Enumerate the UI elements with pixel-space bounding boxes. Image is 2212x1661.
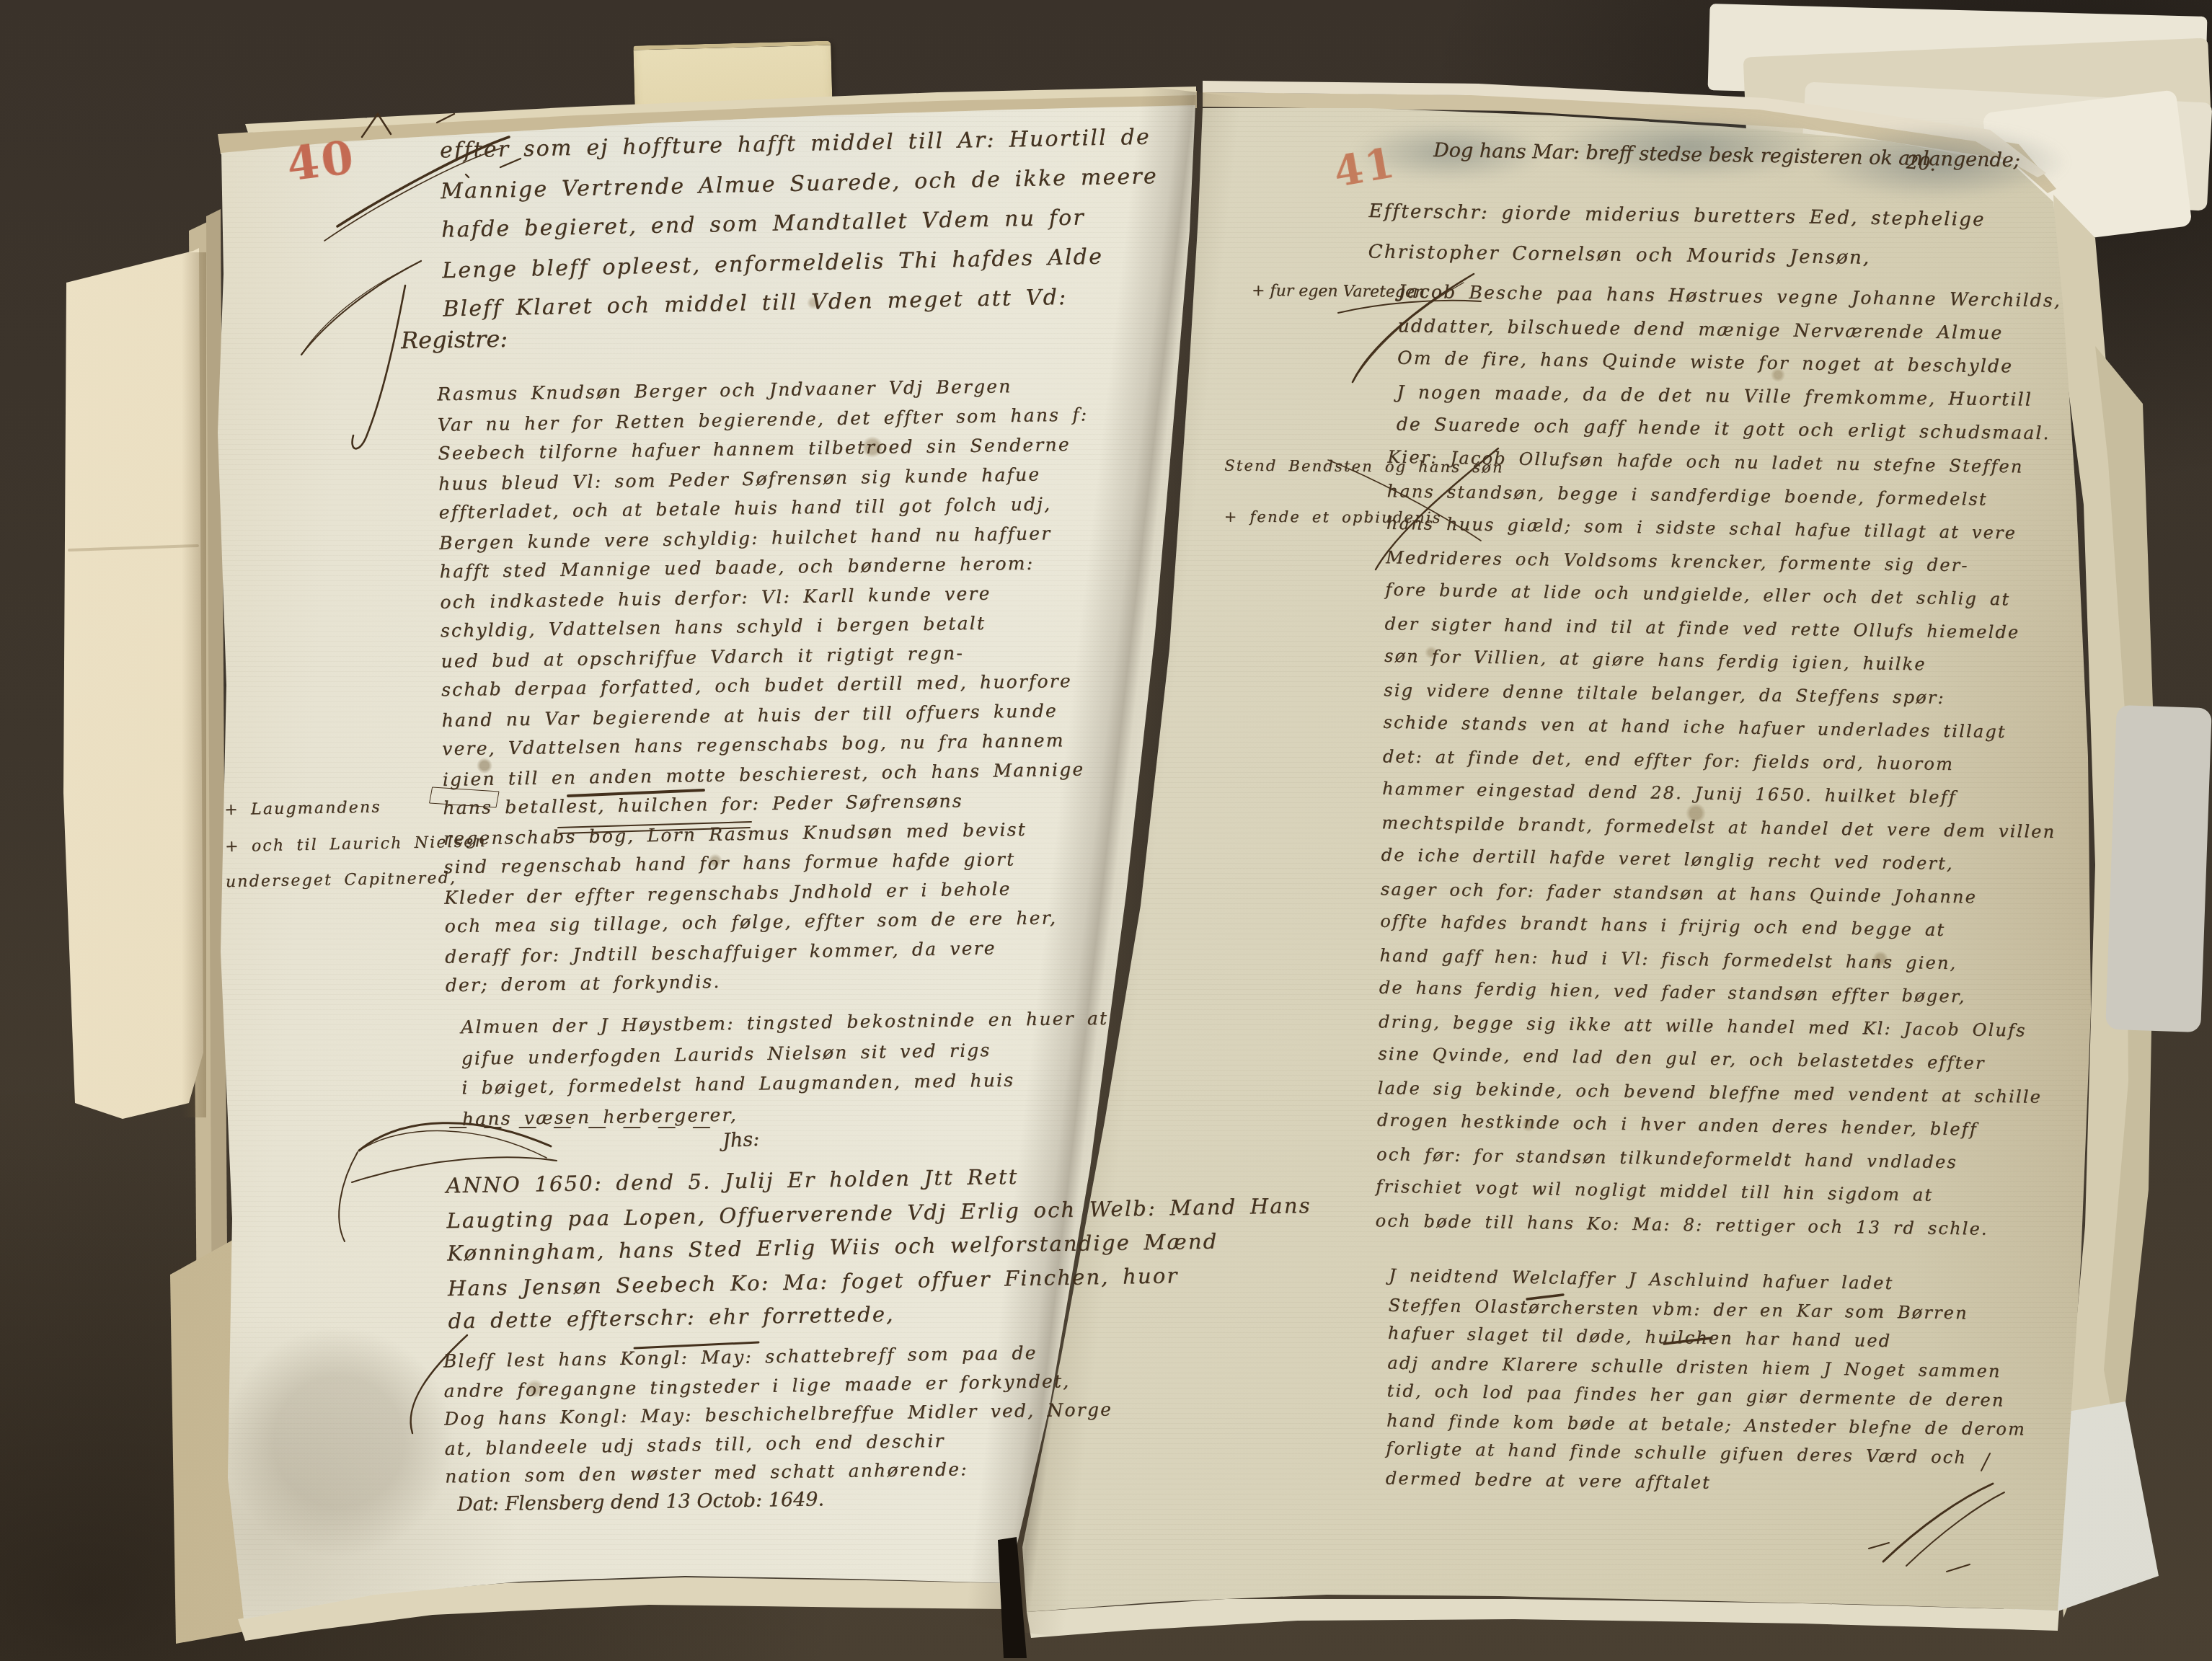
manuscript-line: + och til Laurich Nielsen bbox=[225, 824, 487, 865]
text-block-left-closing: Almuen der J Høystbem: tingsted bekostni… bbox=[461, 1004, 1110, 1134]
margin-note-left: + Laugmandens+ och til Laurich Nielsenun… bbox=[224, 788, 487, 900]
text-block-case1: Jacob Besche paa hans Høstrues vegne Joh… bbox=[1396, 275, 2061, 451]
manuscript-line: underseget Capitnered, bbox=[225, 860, 487, 900]
text-block-left-post-anno: Bleff lest hans Kongl: May: schattebreff… bbox=[443, 1338, 1114, 1492]
text-block-case2: Kier: Jacob Ollufsøn hafde och nu ladet … bbox=[1375, 440, 2061, 1247]
manuscript-line: Effterschr: giorde miderius buretters Ee… bbox=[1368, 192, 1986, 240]
manuscript-photo: 40 41 20. effter som ej hoffture hafft m… bbox=[0, 0, 2212, 1661]
text-block-left-intro: effter som ej hoffture hafft middel till… bbox=[439, 117, 1160, 329]
text-block-left-body: Rasmus Knudsøn Berger och Jndvaaner Vdj … bbox=[437, 371, 1096, 1001]
manuscript-line: + Laugmandens bbox=[224, 788, 487, 828]
page-stack-grey-patch bbox=[2105, 705, 2212, 1032]
separator-dashes: — — — — — — — — bbox=[448, 1116, 716, 1138]
text-block-anno-1650: ANNO 1650: dend 5. Julij Er holden Jtt R… bbox=[446, 1156, 1313, 1339]
loose-sheet-shadow bbox=[182, 252, 206, 1117]
folio-number-left: 40 bbox=[284, 130, 358, 192]
text-block-oath: Effterschr: giorde miderius buretters Ee… bbox=[1368, 192, 1986, 280]
register-heading: Registre: bbox=[401, 325, 508, 355]
invocation-mark: Jhs: bbox=[722, 1128, 760, 1153]
text-block-case3: J neidtend Welclaffer J Aschluind hafuer… bbox=[1386, 1261, 2029, 1502]
manuscript-line: Christopher Cornelsøn och Mourids Jensøn… bbox=[1368, 233, 1985, 280]
